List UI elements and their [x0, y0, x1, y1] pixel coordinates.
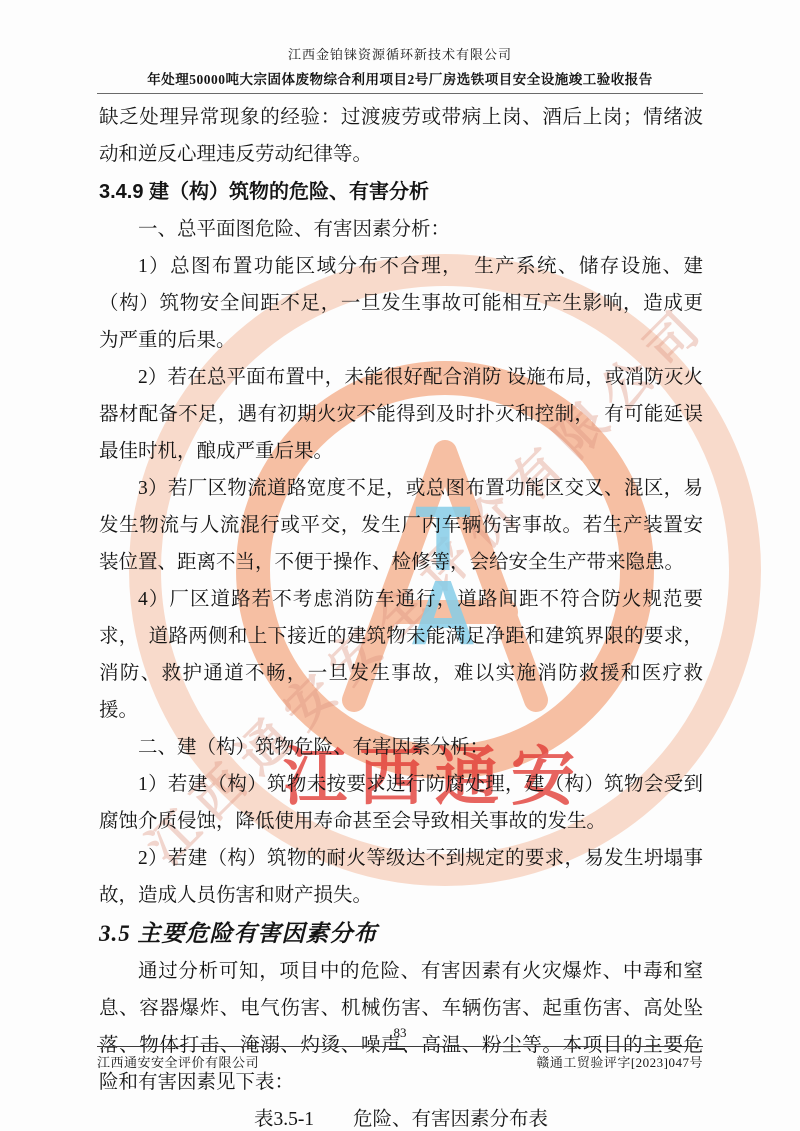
footer-company-name: 江西通安安全评价有限公司 — [97, 1052, 259, 1071]
paragraph-item-4: 4）厂区道路若不考虑消防车通行，道路间距不符合防火规范要求， 道路两侧和上下接近… — [99, 581, 703, 729]
header-divider — [97, 93, 703, 94]
section-heading-3-5: 3.5 主要危险有害因素分布 — [99, 914, 703, 953]
table-caption: 表3.5-1 危险、有害因素分布表 — [99, 1101, 703, 1131]
document-page: 江西通安安全评价有限公司 T A 江西通安 江西金铂铼资源循环新技术有限公司 年… — [0, 0, 800, 1131]
paragraph-item-b2: 2）若建（构）筑物的耐火等级达不到规定的要求，易发生坍塌事故，造成人员伤害和财产… — [99, 840, 703, 914]
header-report-title: 年处理50000吨大宗固体废物综合利用项目2号厂房选铁项目安全设施竣工验收报告 — [97, 68, 703, 88]
footer-divider — [97, 1046, 703, 1047]
paragraph-item-3: 3）若厂区物流道路宽度不足，或总图布置功能区交叉、混区，易发生物流与人流混行或平… — [99, 470, 703, 581]
section-heading-3-4-9: 3.4.9 建（构）筑物的危险、有害分析 — [99, 173, 703, 211]
paragraph-item-b1: 1）若建（构）筑物未按要求进行防腐处理，建（构）筑物会受到腐蚀介质侵蚀，降低使用… — [99, 766, 703, 840]
footer-page-number: 83 — [0, 1025, 800, 1041]
paragraph-list-intro-1: 一、总平面图危险、有害因素分析： — [99, 211, 703, 248]
paragraph-item-2: 2）若在总平面布置中，未能很好配合消防 设施布局，或消防灭火器材配备不足，遇有初… — [99, 359, 703, 470]
footer-document-number: 赣通工贸验评字[2023]047号 — [536, 1052, 703, 1071]
paragraph-item-1: 1）总图布置功能区域分布不合理， 生产系统、储存设施、建（构）筑物安全间距不足，… — [99, 248, 703, 359]
paragraph-list-intro-2: 二、建（构）筑物危险、有害因素分析： — [99, 729, 703, 766]
paragraph-continued: 缺乏处理异常现象的经验：过渡疲劳或带病上岗、酒后上岗；情绪波动和逆反心理违反劳动… — [99, 99, 703, 173]
page-header: 江西金铂铼资源循环新技术有限公司 年处理50000吨大宗固体废物综合利用项目2号… — [97, 44, 703, 88]
page-number-underline — [389, 1048, 405, 1050]
document-body: 缺乏处理异常现象的经验：过渡疲劳或带病上岗、酒后上岗；情绪波动和逆反心理违反劳动… — [99, 99, 703, 1131]
page-footer: 江西通安安全评价有限公司 赣通工贸验评字[2023]047号 — [97, 1052, 703, 1071]
header-company-name: 江西金铂铼资源循环新技术有限公司 — [97, 44, 703, 63]
